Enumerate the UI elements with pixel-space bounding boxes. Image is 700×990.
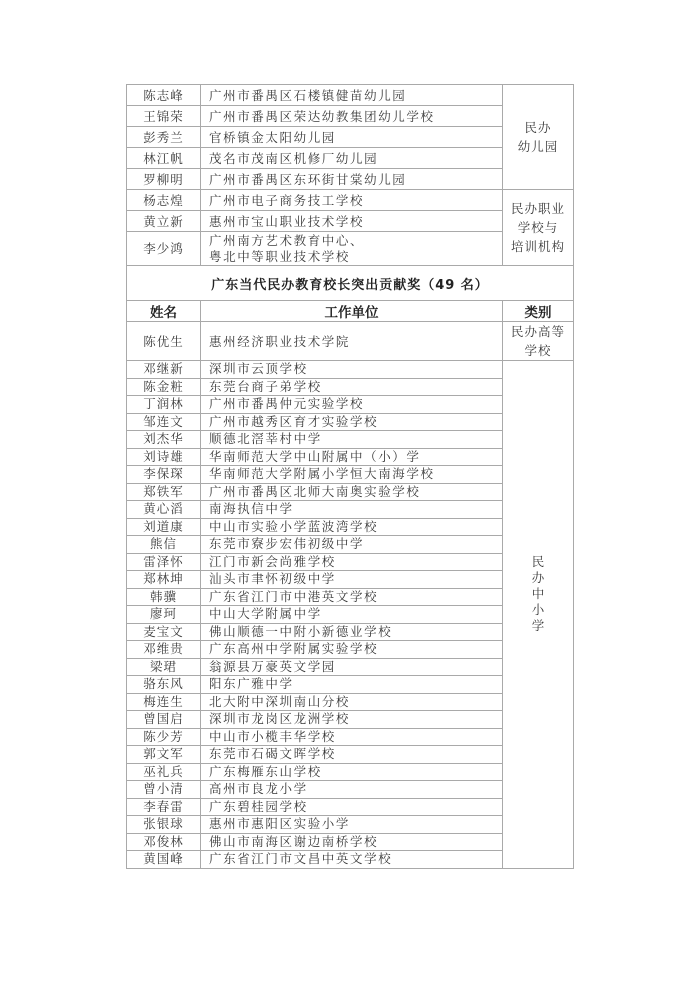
work-unit: 广州市越秀区育才实验学校 [201, 413, 503, 431]
header-unit: 工作单位 [201, 301, 503, 322]
recipient-name: 骆东风 [127, 676, 201, 694]
recipient-name: 邓维贵 [127, 641, 201, 659]
recipient-name: 彭秀兰 [127, 127, 201, 148]
work-unit: 广东高州中学附属实验学校 [201, 641, 503, 659]
work-unit: 深圳市龙岗区龙洲学校 [201, 711, 503, 729]
recipient-name: 麦宝文 [127, 623, 201, 641]
work-unit: 阳东广雅中学 [201, 676, 503, 694]
table-row: 杨志煌 广州市电子商务技工学校 民办职业 学校与 培训机构 [127, 190, 574, 211]
recipient-name: 黄国峰 [127, 851, 201, 869]
work-unit: 东莞台商子弟学校 [201, 378, 503, 396]
recipient-name: 杨志煌 [127, 190, 201, 211]
category-kindergarten: 民办 幼儿园 [503, 85, 574, 190]
work-unit: 广东碧桂园学校 [201, 798, 503, 816]
recipient-name: 王锦荣 [127, 106, 201, 127]
recipient-name: 李保琛 [127, 466, 201, 484]
header-category: 类别 [503, 301, 574, 322]
recipient-name: 罗柳明 [127, 169, 201, 190]
work-unit: 惠州市宝山职业技术学校 [201, 211, 503, 232]
work-unit: 汕头市聿怀初级中学 [201, 571, 503, 589]
award-list-page: 陈志峰 广州市番禺区石楼镇健苗幼儿园 民办 幼儿园 王锦荣 广州市番禺区荣达幼教… [126, 84, 573, 869]
recipient-name: 刘杰华 [127, 431, 201, 449]
work-unit: 广州市番禺区东环街甘棠幼儿园 [201, 169, 503, 190]
work-unit: 惠州经济职业技术学院 [201, 322, 503, 361]
recipient-name: 郭文军 [127, 746, 201, 764]
section-title-row: 广东当代民办教育校长突出贡献奖（49 名） [127, 266, 574, 301]
work-unit: 广州市电子商务技工学校 [201, 190, 503, 211]
table-row: 陈志峰 广州市番禺区石楼镇健苗幼儿园 民办 幼儿园 [127, 85, 574, 106]
category-vocational: 民办职业 学校与 培训机构 [503, 190, 574, 266]
recipient-name: 林江帆 [127, 148, 201, 169]
work-unit: 南海执信中学 [201, 501, 503, 519]
recipient-name: 曾国启 [127, 711, 201, 729]
category-higher-ed: 民办高等 学校 [503, 322, 574, 361]
recipient-name: 陈少芳 [127, 728, 201, 746]
work-unit: 广州南方艺术教育中心、 粤北中等职业技术学校 [201, 232, 503, 266]
recipient-name: 刘诗雄 [127, 448, 201, 466]
recipient-name: 黄立新 [127, 211, 201, 232]
work-unit: 顺德北滘莘村中学 [201, 431, 503, 449]
recipient-name: 陈志峰 [127, 85, 201, 106]
recipient-name: 曾小清 [127, 781, 201, 799]
work-unit: 北大附中深圳南山分校 [201, 693, 503, 711]
award-table: 陈志峰 广州市番禺区石楼镇健苗幼儿园 民办 幼儿园 王锦荣 广州市番禺区荣达幼教… [126, 84, 574, 869]
recipient-name: 郑铁军 [127, 483, 201, 501]
work-unit: 佛山顺德一中附小新德业学校 [201, 623, 503, 641]
work-unit: 高州市良龙小学 [201, 781, 503, 799]
header-name: 姓名 [127, 301, 201, 322]
table-row: 邓继新 深圳市云顶学校 民办中小学 [127, 361, 574, 379]
work-unit: 广州市番禺区荣达幼教集团幼儿学校 [201, 106, 503, 127]
header-row: 姓名 工作单位 类别 [127, 301, 574, 322]
work-unit: 佛山市南海区谢边南桥学校 [201, 833, 503, 851]
work-unit: 中山市小榄丰华学校 [201, 728, 503, 746]
recipient-name: 巫礼兵 [127, 763, 201, 781]
recipient-name: 陈金粧 [127, 378, 201, 396]
work-unit: 华南师范大学附属小学恒大南海学校 [201, 466, 503, 484]
category-k12: 民办中小学 [503, 361, 574, 869]
work-unit: 广东省江门市文昌中英文学校 [201, 851, 503, 869]
recipient-name: 邹连文 [127, 413, 201, 431]
work-unit: 惠州市惠阳区实验小学 [201, 816, 503, 834]
recipient-name: 雷泽怀 [127, 553, 201, 571]
recipient-name: 熊信 [127, 536, 201, 554]
recipient-name: 李春雷 [127, 798, 201, 816]
section-title: 广东当代民办教育校长突出贡献奖（49 名） [127, 266, 574, 301]
work-unit: 深圳市云顶学校 [201, 361, 503, 379]
work-unit: 广州市番禺区石楼镇健苗幼儿园 [201, 85, 503, 106]
work-unit: 华南师范大学中山附属中（小）学 [201, 448, 503, 466]
recipient-name: 刘道康 [127, 518, 201, 536]
recipient-name: 梁珺 [127, 658, 201, 676]
recipient-name: 黄心滔 [127, 501, 201, 519]
recipient-name: 邓俊林 [127, 833, 201, 851]
work-unit: 茂名市茂南区机修厂幼儿园 [201, 148, 503, 169]
recipient-name: 廖珂 [127, 606, 201, 624]
work-unit: 中山市实验小学蓝波湾学校 [201, 518, 503, 536]
work-unit: 广东梅雁东山学校 [201, 763, 503, 781]
work-unit: 广州市番禺仲元实验学校 [201, 396, 503, 414]
recipient-name: 陈优生 [127, 322, 201, 361]
work-unit: 东莞市寮步宏伟初级中学 [201, 536, 503, 554]
work-unit: 翁源县万豪英文学园 [201, 658, 503, 676]
work-unit: 官桥镇金太阳幼儿园 [201, 127, 503, 148]
work-unit: 东莞市石碣文晖学校 [201, 746, 503, 764]
work-unit: 广东省江门市中港英文学校 [201, 588, 503, 606]
recipient-name: 邓继新 [127, 361, 201, 379]
table-row: 陈优生 惠州经济职业技术学院 民办高等 学校 [127, 322, 574, 361]
recipient-name: 李少鸿 [127, 232, 201, 266]
recipient-name: 韩骥 [127, 588, 201, 606]
work-unit: 中山大学附属中学 [201, 606, 503, 624]
recipient-name: 张银球 [127, 816, 201, 834]
recipient-name: 丁润林 [127, 396, 201, 414]
recipient-name: 郑林坤 [127, 571, 201, 589]
work-unit: 江门市新会尚雅学校 [201, 553, 503, 571]
recipient-name: 梅连生 [127, 693, 201, 711]
work-unit: 广州市番禺区北师大南奥实验学校 [201, 483, 503, 501]
k12-rows: 邓继新 深圳市云顶学校 民办中小学 陈金粧 东莞台商子弟学校 丁润林 广州市番禺… [127, 361, 574, 869]
